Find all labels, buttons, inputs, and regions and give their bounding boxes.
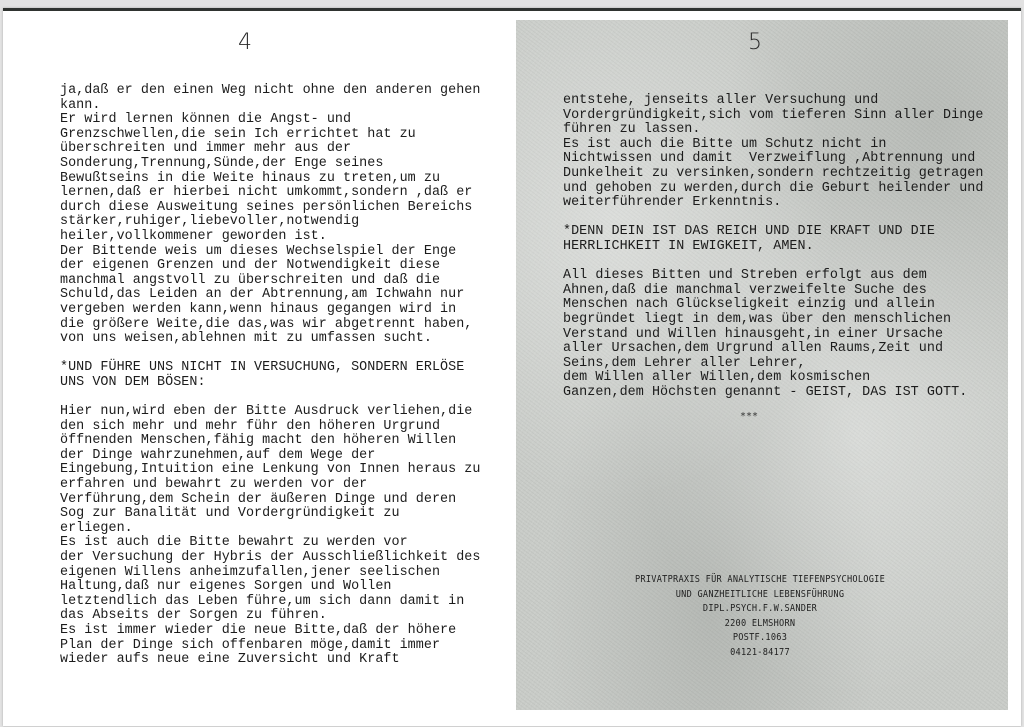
right-text-line: und gehoben zu werden,durch die Geburt h… [563,182,983,197]
right-text-line: All dieses Bitten und Streben erfolgt au… [563,269,983,284]
right-text-line: begründet liegt in dem,was über den mens… [563,313,983,328]
left-text-line: Plan der Dinge sich offenbaren möge,dami… [60,639,480,654]
left-text-line: Sonderung,Trennung,Sünde,der Enge seines [60,157,480,172]
left-text-line: Haltung,daß nur eigenes Sorgen und Wolle… [60,580,480,595]
left-text-line: Hier nun,wird eben der Bitte Ausdruck ve… [60,405,480,420]
section-separator: *** [740,411,758,422]
right-text-line: weiterführender Erkenntnis. [563,196,983,211]
left-text-line: Grenzschwellen,die sein Ich errichtet ha… [60,128,480,143]
right-text-line: Vordergründigkeit,sich vom tieferen Sinn… [563,109,983,124]
paragraph-gap [60,390,480,405]
left-text-line: stärker,ruhiger,liebevoller,notwendig [60,215,480,230]
right-text-line: Verstand und Willen hinausgeht,in einer … [563,328,983,343]
left-text-line: erfahren und bewahrt zu werden vor der [60,478,480,493]
stamp-line: UND GANZHEITLICHE LEBENSFÜHRUNG [614,588,906,603]
left-text-line: erliegen. [60,522,480,537]
left-text-line: vergeben werden kann,wenn hinaus gegange… [60,303,480,318]
stamp-line: 04121-84177 [614,646,906,661]
paragraph-gap [563,211,983,226]
left-text-line: lernen,daß er hierbei nicht umkommt,sond… [60,186,480,201]
left-text-line: *UND FÜHRE UNS NICHT IN VERSUCHUNG, SOND… [60,361,480,376]
left-text-line: überschreiten und immer mehr aus der [60,142,480,157]
right-text-line: Nichtwissen und damit Verzweiflung ,Abtr… [563,152,983,167]
right-text-line: Ahnen,daß die manchmal verzweifelte Such… [563,284,983,299]
left-text-line: öffnenden Menschen,fähig macht den höher… [60,434,480,449]
right-text-line: dem Willen aller Willen,dem kosmischen [563,371,983,386]
right-text-line: führen zu lassen. [563,123,983,138]
stamp-line: PRIVATPRAXIS FÜR ANALYTISCHE TIEFENPSYCH… [614,573,906,588]
practice-address-stamp: PRIVATPRAXIS FÜR ANALYTISCHE TIEFENPSYCH… [614,573,906,661]
right-text-line: entstehe, jenseits aller Versuchung und [563,94,983,109]
left-text-line: Verführung,dem Schein der äußeren Dinge … [60,493,480,508]
paragraph-gap [563,255,983,270]
left-text-line: das Abseits der Sorgen zu führen. [60,609,480,624]
left-text-line: Es ist immer wieder die neue Bitte,daß d… [60,624,480,639]
left-text-line: Eingebung,Intuition eine Lenkung von Inn… [60,463,480,478]
right-page-number: 5 [748,30,762,55]
left-text-line: eigenen Willens anheimzufallen,jener see… [60,566,480,581]
left-text-line: die größere Weite,die das,was wir abgetr… [60,318,480,333]
left-text-line: durch diese Ausweitung seines persönlich… [60,201,480,216]
paragraph-gap [60,347,480,362]
right-text-line: Ganzen,dem Höchsten genannt - GEIST, DAS… [563,386,983,401]
left-text-line: letztendlich das Leben führe,um sich dan… [60,595,480,610]
left-text-line: Sog zur Banalität und Vordergründigkeit … [60,507,480,522]
left-text-line: Der Bittende weis um dieses Wechselspiel… [60,245,480,260]
left-text-line: Er wird lernen können die Angst- und [60,113,480,128]
left-text-line: der Dinge wahrzunehmen,auf dem Wege der [60,449,480,464]
right-text-line: aller Ursachen,dem Urgrund allen Raums,Z… [563,342,983,357]
right-text-line: Seins,dem Lehrer aller Lehrer, [563,357,983,372]
stamp-line: 2200 ELMSHORN [614,617,906,632]
right-text-line: *DENN DEIN IST DAS REICH UND DIE KRAFT U… [563,225,983,240]
right-page-text: entstehe, jenseits aller Versuchung undV… [563,94,983,400]
left-text-line: UNS VON DEM BÖSEN: [60,376,480,391]
right-text-line: Menschen nach Glückseligkeit einzig und … [563,298,983,313]
left-page-text: ja,daß er den einen Weg nicht ohne den a… [60,84,480,668]
left-page-number: 4 [238,30,252,55]
left-text-line: Es ist auch die Bitte bewahrt zu werden … [60,536,480,551]
left-text-line: Schuld,das Leiden an der Abtrennung,am I… [60,288,480,303]
left-text-line: manchmal angstvoll zu überschreiten und … [60,274,480,289]
left-text-line: ja,daß er den einen Weg nicht ohne den a… [60,84,480,99]
left-text-line: der Versuchung der Hybris der Ausschließ… [60,551,480,566]
left-text-line: kann. [60,99,480,114]
left-text-line: den sich mehr und mehr führ den höheren … [60,420,480,435]
stamp-line: DIPL.PSYCH.F.W.SANDER [614,602,906,617]
right-text-line: Dunkelheit zu versinken,sondern rechtzei… [563,167,983,182]
left-text-line: der eigenen Grenzen und der Notwendigkei… [60,259,480,274]
left-text-line: heiler,vollkommener geworden ist. [60,230,480,245]
right-text-line: Es ist auch die Bitte um Schutz nicht in [563,138,983,153]
right-text-line: HERRLICHKEIT IN EWIGKEIT, AMEN. [563,240,983,255]
left-text-line: wieder aufs neue eine Zuversicht und Kra… [60,653,480,668]
stamp-line: POSTF.1063 [614,631,906,646]
left-text-line: von uns weisen,ablehnen mit zu umfassen … [60,332,480,347]
left-text-line: Bewußtseins in die Weite hinaus zu trete… [60,172,480,187]
